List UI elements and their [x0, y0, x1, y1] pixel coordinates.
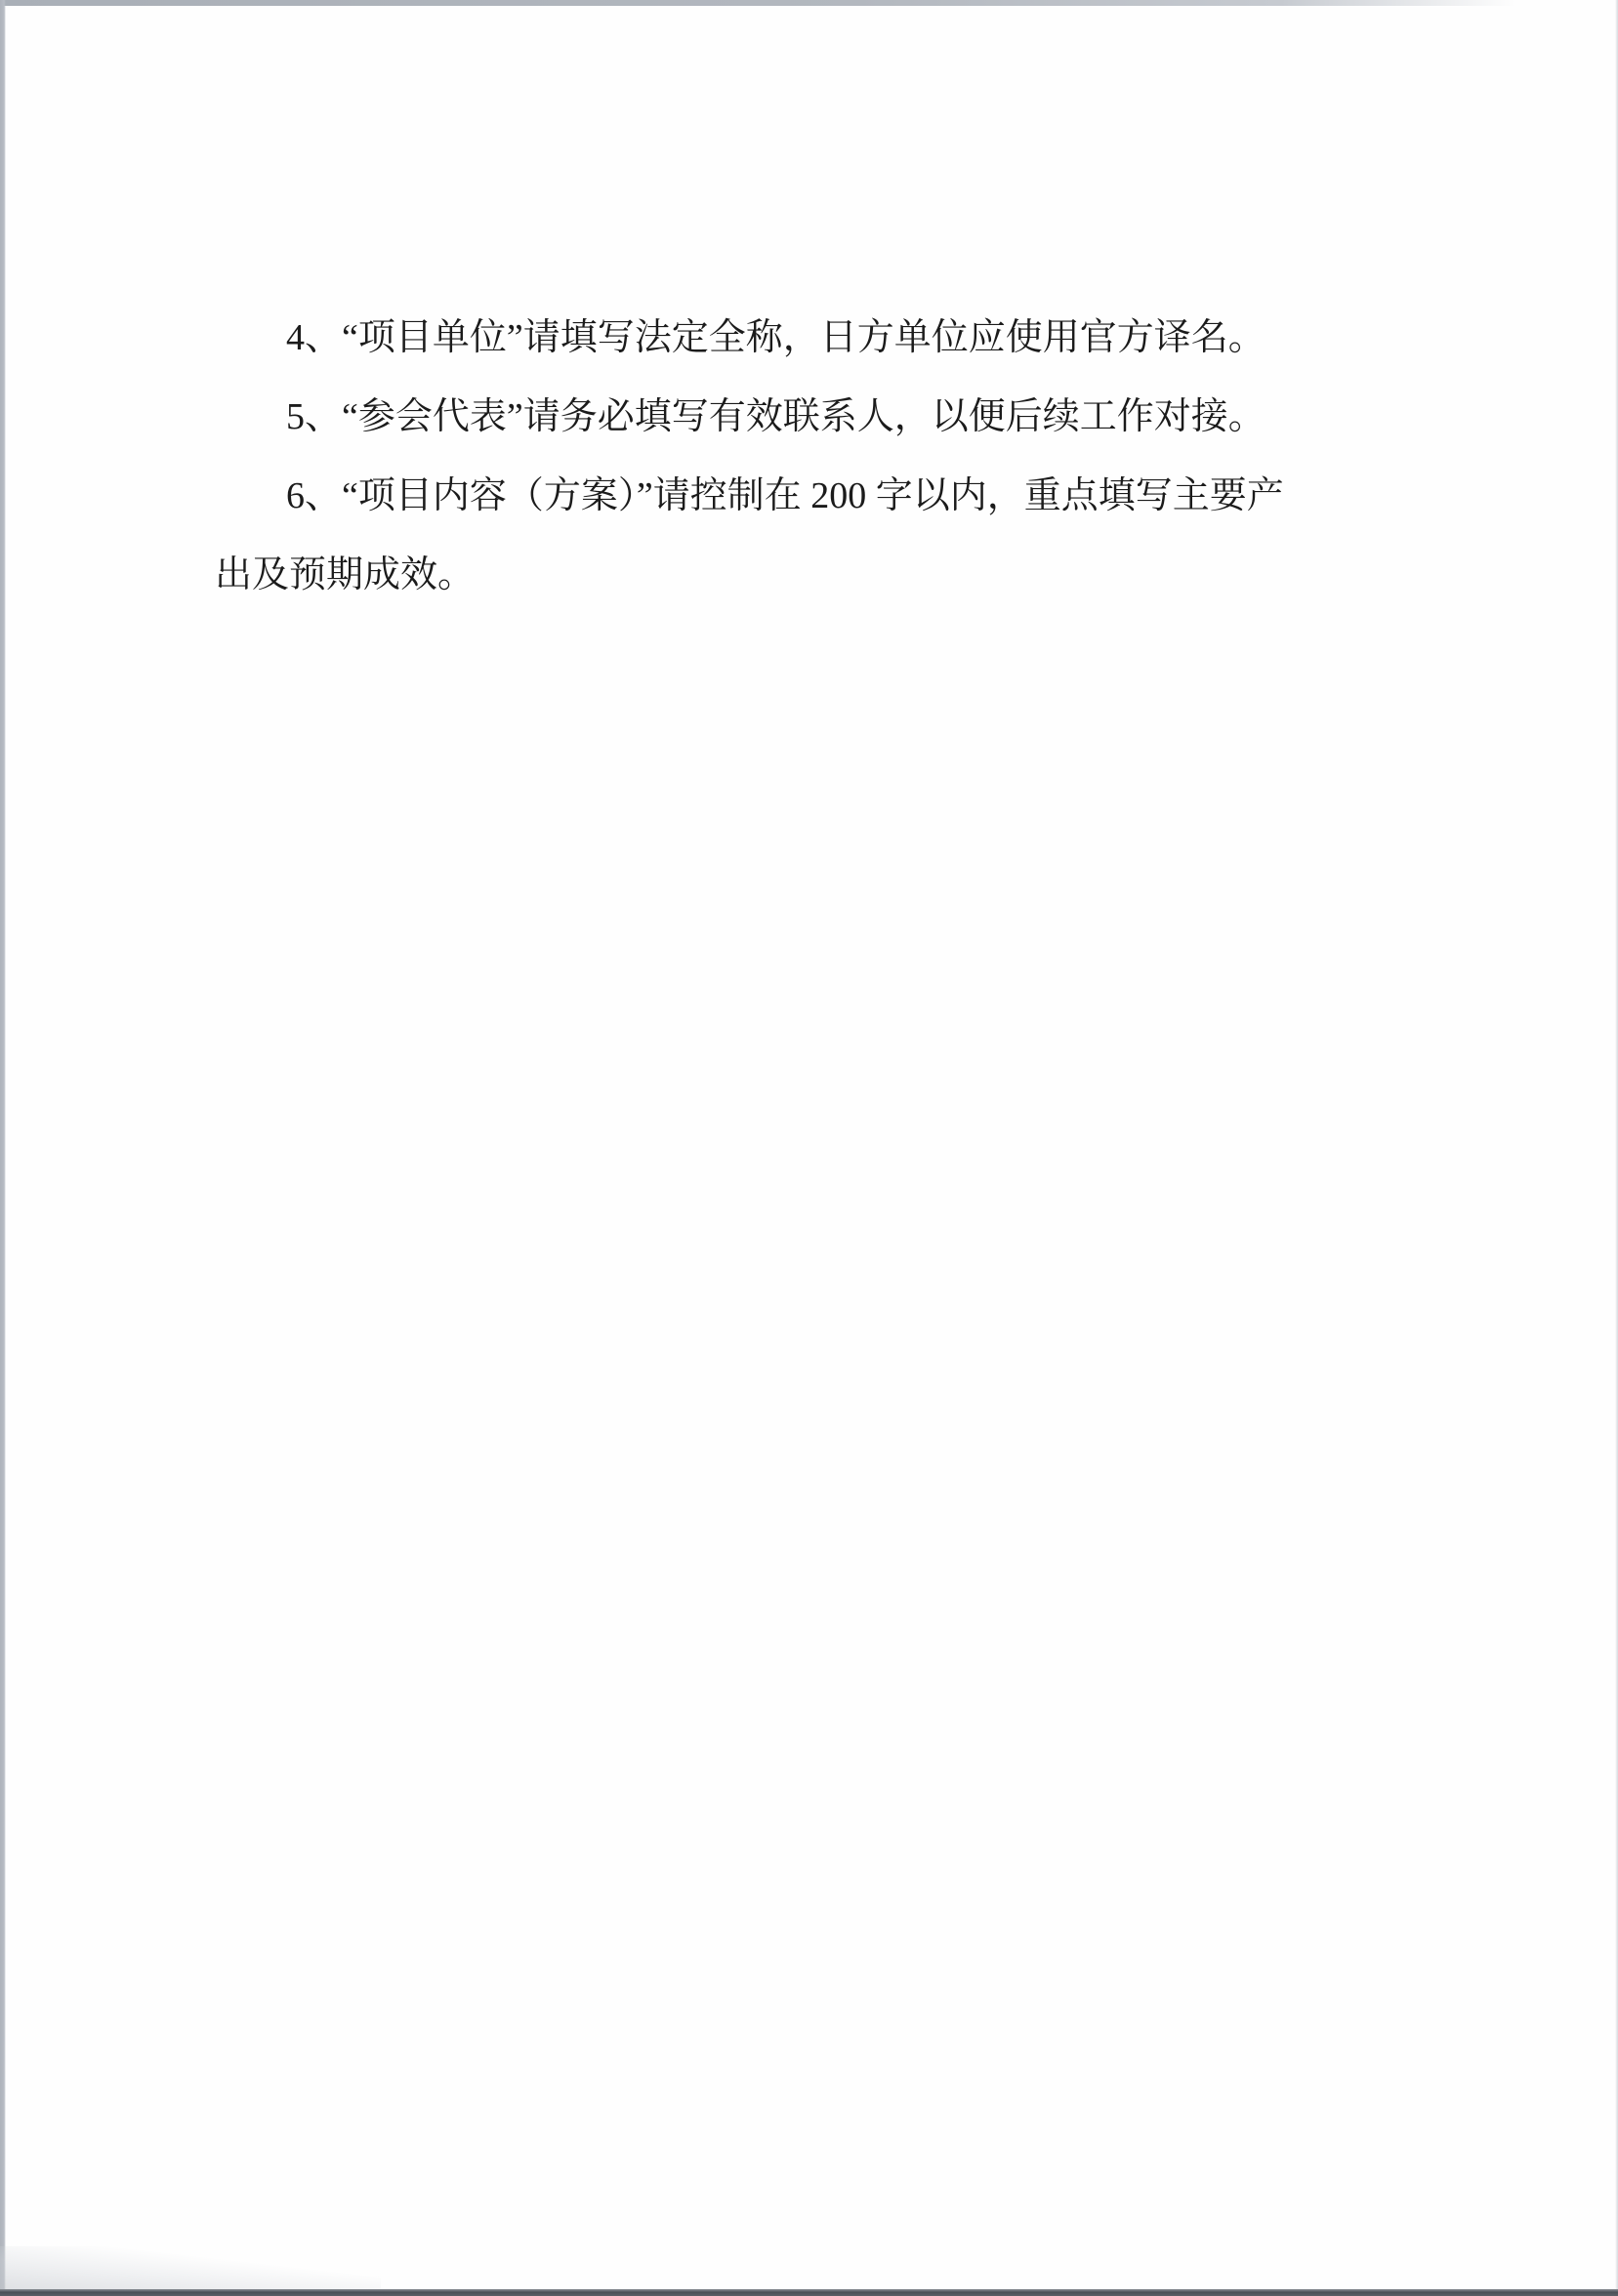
note-item-4: 4、“项目单位”请填写法定全称，日方单位应使用官方译名。	[215, 299, 1343, 378]
notes-text-block: 4、“项目单位”请填写法定全称，日方单位应使用官方译名。 5、“参会代表”请务必…	[215, 299, 1343, 615]
note-item-5: 5、“参会代表”请务必填写有效联系人，以便后续工作对接。	[215, 378, 1343, 457]
note-item-6-line-2: 出及预期成效。	[215, 536, 1343, 615]
scan-edge-bottom	[0, 2289, 1618, 2296]
scan-shadow-bottom-left	[0, 2246, 381, 2289]
note-item-6-line-1: 6、“项目内容（方案）”请控制在 200 字以内，重点填写主要产	[215, 457, 1343, 536]
document-page: 4、“项目单位”请填写法定全称，日方单位应使用官方译名。 5、“参会代表”请务必…	[0, 0, 1618, 2296]
scan-edge-left	[0, 0, 6, 2296]
scan-edge-top	[0, 0, 1562, 6]
